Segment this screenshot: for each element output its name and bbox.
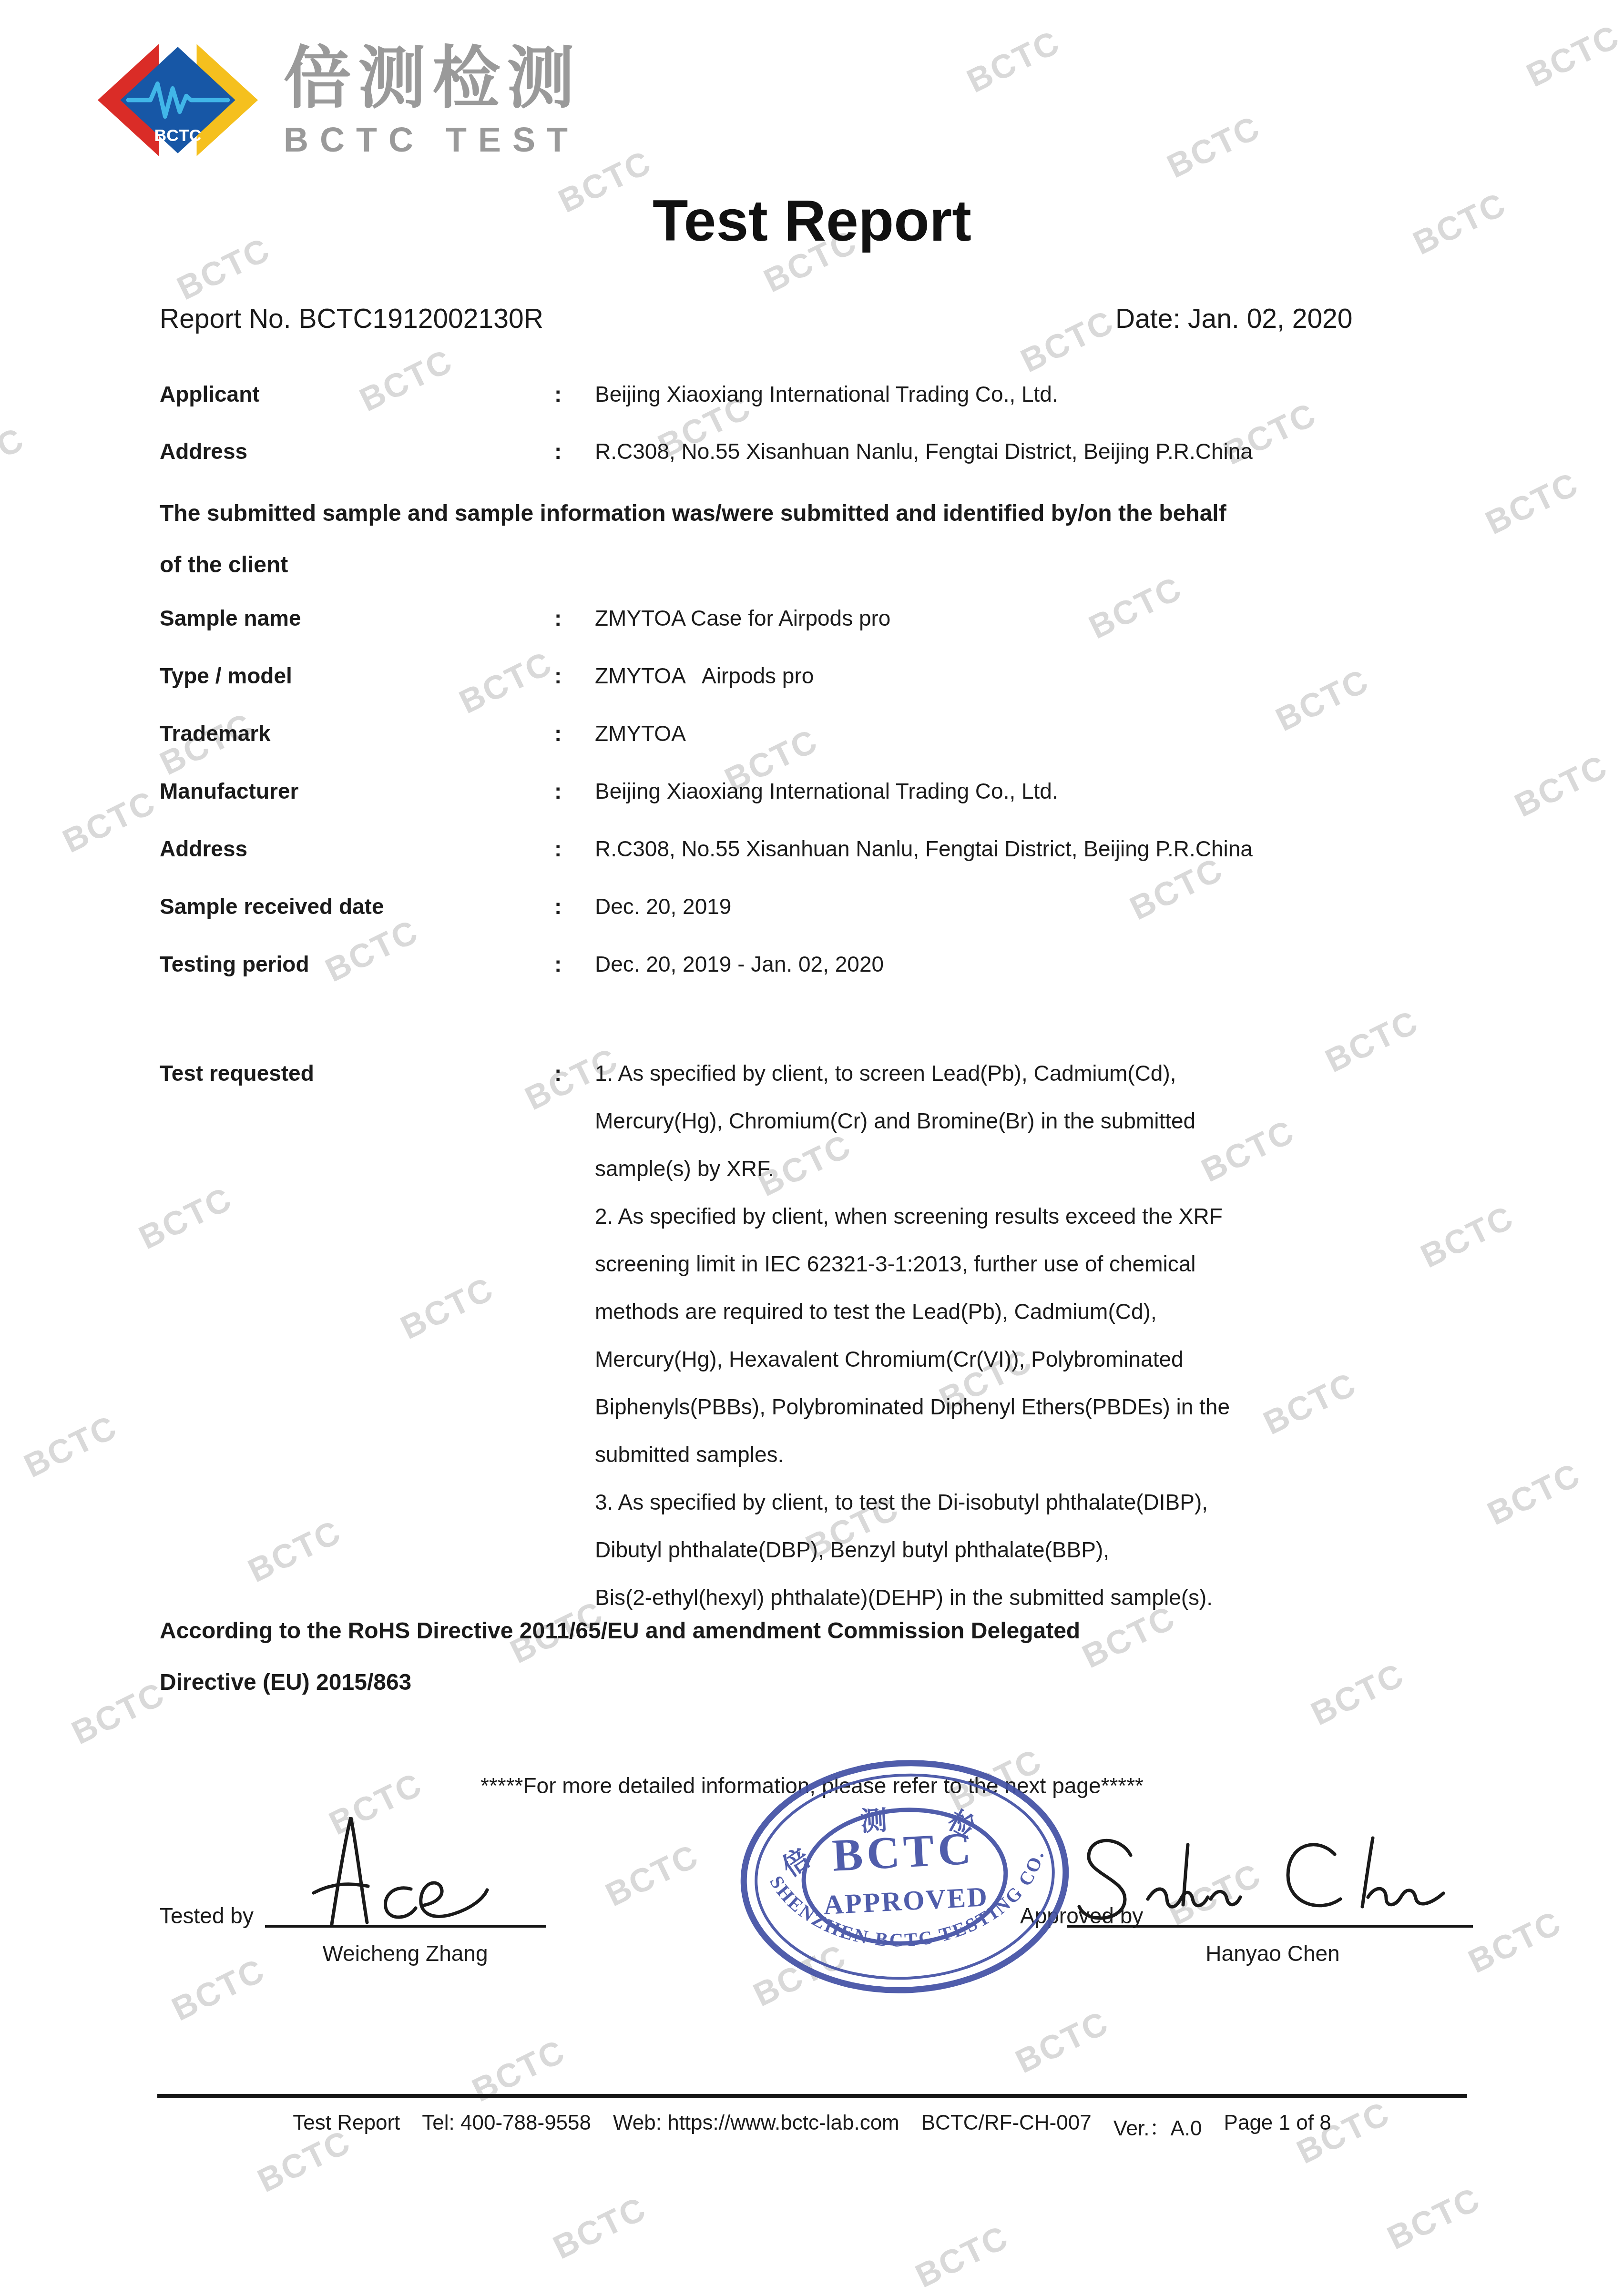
test-requested-line: methods are required to test the Lead(Pb… <box>595 1299 1157 1324</box>
bctc-watermark: BCTC <box>242 1513 347 1590</box>
sample-field-colon: : <box>554 951 562 977</box>
bctc-watermark: BCTC <box>747 1937 853 2014</box>
test-requested-line: Biphenyls(PBBs), Polybrominated Diphenyl… <box>595 1394 1230 1420</box>
sample-field-colon: : <box>554 605 562 631</box>
test-requested-line: submitted samples. <box>595 1442 784 1467</box>
footer-item: Web: https://www.bctc-lab.com <box>613 2111 899 2142</box>
test-requested-colon: : <box>554 1060 562 1086</box>
test-report-page: BCTCBCTCBCTCBCTCBCTCBCTCBCTCBCTCBCTCBCTC… <box>0 0 1624 2296</box>
bctc-watermark: BCTC <box>1481 1455 1587 1533</box>
test-requested-line: Dibutyl phthalate(DBP), Benzyl butyl pht… <box>595 1537 1109 1563</box>
logo-chinese: 倍测检测 <box>284 41 581 117</box>
sample-field-label: Testing period <box>160 951 309 977</box>
bctc-watermark: BCTC <box>1257 1365 1363 1442</box>
logo-badge-text: BCTC <box>154 126 202 145</box>
sample-field-value: ZMYTOA Airpods pro <box>595 663 814 689</box>
bctc-watermark: BCTC <box>1305 1656 1410 1733</box>
bctc-watermark: BCTC <box>57 783 162 860</box>
test-requested-line: Mercury(Hg), Chromium(Cr) and Bromine(Br… <box>595 1108 1195 1134</box>
sample-field-colon: : <box>554 721 562 746</box>
sample-field-label: Address <box>160 836 247 862</box>
footer-item: BCTC/RF-CH-007 <box>921 2111 1092 2142</box>
bctc-watermark: BCTC <box>319 912 425 989</box>
according-line: According to the RoHS Directive 2011/65/… <box>160 1618 1080 1644</box>
bctc-watermark: BCTC <box>1381 2180 1487 2257</box>
page-title: Test Report <box>0 187 1624 254</box>
tested-by-label: Tested by <box>160 1903 254 1929</box>
sample-field-value: Dec. 20, 2019 <box>595 894 731 919</box>
applicant-field-label: Applicant <box>160 381 260 407</box>
report-date: Date: Jan. 02, 2020 <box>1115 303 1353 335</box>
stamp-center-line2: APPROVED <box>823 1881 989 1920</box>
bctc-logo: BCTC 倍测检测 BCTC TEST <box>93 41 581 160</box>
footer-item: Ver.：A.0 <box>1113 2111 1202 2142</box>
applicant-field-colon: : <box>554 381 562 407</box>
sample-field-label: Trademark <box>160 721 271 746</box>
logo-text: 倍测检测 BCTC TEST <box>284 41 581 160</box>
tested-by-line <box>265 1925 546 1928</box>
sample-field-label: Type / model <box>160 663 292 689</box>
bctc-watermark: BCTC <box>395 1270 500 1347</box>
bctc-watermark: BCTC <box>1521 17 1624 94</box>
sample-field-colon: : <box>554 836 562 862</box>
test-requested-line: 2. As specified by client, when screenin… <box>595 1203 1223 1229</box>
sample-field-value: Beijing Xiaoxiang International Trading … <box>595 778 1058 804</box>
bctc-watermark: BCTC <box>66 1675 171 1752</box>
bctc-watermark: BCTC <box>1083 569 1188 646</box>
footer-text: Test ReportTel: 400-788-9558Web: https:/… <box>0 2111 1624 2142</box>
bctc-watermark: BCTC <box>18 1408 123 1485</box>
applicant-field-colon: : <box>554 438 562 464</box>
bctc-watermark: BCTC <box>909 2218 1015 2295</box>
bctc-watermark: BCTC <box>1270 661 1375 739</box>
more-info-note: *****For more detailed information, plea… <box>0 1773 1624 1798</box>
bctc-watermark: BCTC <box>547 2189 653 2266</box>
sample-field-label: Sample received date <box>160 894 384 919</box>
approved-by-name: Hanyao Chen <box>1158 1940 1387 1966</box>
tested-by-name: Weicheng Zhang <box>286 1940 524 1966</box>
footer-item: Tel: 400-788-9558 <box>422 2111 591 2142</box>
bctc-watermark: BCTC <box>1161 108 1267 185</box>
test-requested-line: Mercury(Hg), Hexavalent Chromium(Cr(VI))… <box>595 1346 1184 1372</box>
bctc-watermark: BCTC <box>961 23 1066 100</box>
applicant-field-value: R.C308, No.55 Xisanhuan Nanlu, Fengtai D… <box>595 438 1253 464</box>
stamp-center-line1: BCTC <box>831 1822 976 1880</box>
bctc-watermark: BCTC <box>1480 465 1585 542</box>
logo-latin: BCTC TEST <box>284 121 581 160</box>
test-requested-line: screening limit in IEC 62321-3-1:2013, f… <box>595 1251 1196 1277</box>
approved-by-signature <box>1068 1828 1497 1935</box>
bctc-watermark: BCTC <box>1010 2003 1115 2081</box>
bctc-watermark: BCTC <box>1509 747 1614 824</box>
bctc-watermark: BCTC <box>453 644 559 721</box>
approved-by-line <box>1067 1925 1473 1928</box>
bctc-watermark: BCTC <box>1015 303 1120 380</box>
test-requested-line: sample(s) by XRF. <box>595 1156 774 1181</box>
test-requested-line: 3. As specified by client, to test the D… <box>595 1489 1208 1515</box>
sample-field-value: ZMYTOA <box>595 721 686 746</box>
bctc-watermark: BCTC <box>166 1951 271 2028</box>
footer-item: Test Report <box>293 2111 400 2142</box>
bctc-logo-icon: BCTC <box>93 41 263 160</box>
tested-by-signature <box>286 1811 553 1928</box>
test-requested-label: Test requested <box>160 1060 314 1086</box>
sample-field-colon: : <box>554 663 562 689</box>
footer-rule <box>157 2094 1467 2098</box>
report-number: Report No. BCTC1912002130R <box>160 303 543 335</box>
sample-field-value: ZMYTOA Case for Airpods pro <box>595 605 890 631</box>
sample-field-value: Dec. 20, 2019 - Jan. 02, 2020 <box>595 951 884 977</box>
client-note-line: The submitted sample and sample informat… <box>160 500 1226 527</box>
bctc-watermark: BCTC <box>1195 1112 1301 1189</box>
bctc-watermark: BCTC <box>133 1179 238 1257</box>
sample-field-label: Sample name <box>160 605 301 631</box>
bctc-watermark: BCTC <box>0 420 31 497</box>
applicant-field-value: Beijing Xiaoxiang International Trading … <box>595 381 1058 407</box>
bctc-watermark: BCTC <box>1124 850 1229 927</box>
applicant-field-label: Address <box>160 438 247 464</box>
bctc-watermark: BCTC <box>1319 1003 1425 1080</box>
test-requested-line: Bis(2-ethyl(hexyl) phthalate)(DEHP) in t… <box>595 1585 1213 1610</box>
sample-field-colon: : <box>554 778 562 804</box>
footer-item: Page 1 of 8 <box>1224 2111 1331 2142</box>
bctc-watermark: BCTC <box>354 342 459 419</box>
sample-field-colon: : <box>554 894 562 919</box>
bctc-watermark: BCTC <box>1415 1198 1520 1275</box>
sample-field-value: R.C308, No.55 Xisanhuan Nanlu, Fengtai D… <box>595 836 1253 862</box>
bctc-watermark: BCTC <box>600 1837 705 1914</box>
sample-field-label: Manufacturer <box>160 778 298 804</box>
client-note-line: of the client <box>160 552 288 578</box>
according-line: Directive (EU) 2015/863 <box>160 1669 411 1696</box>
test-requested-line: 1. As specified by client, to screen Lea… <box>595 1060 1176 1086</box>
